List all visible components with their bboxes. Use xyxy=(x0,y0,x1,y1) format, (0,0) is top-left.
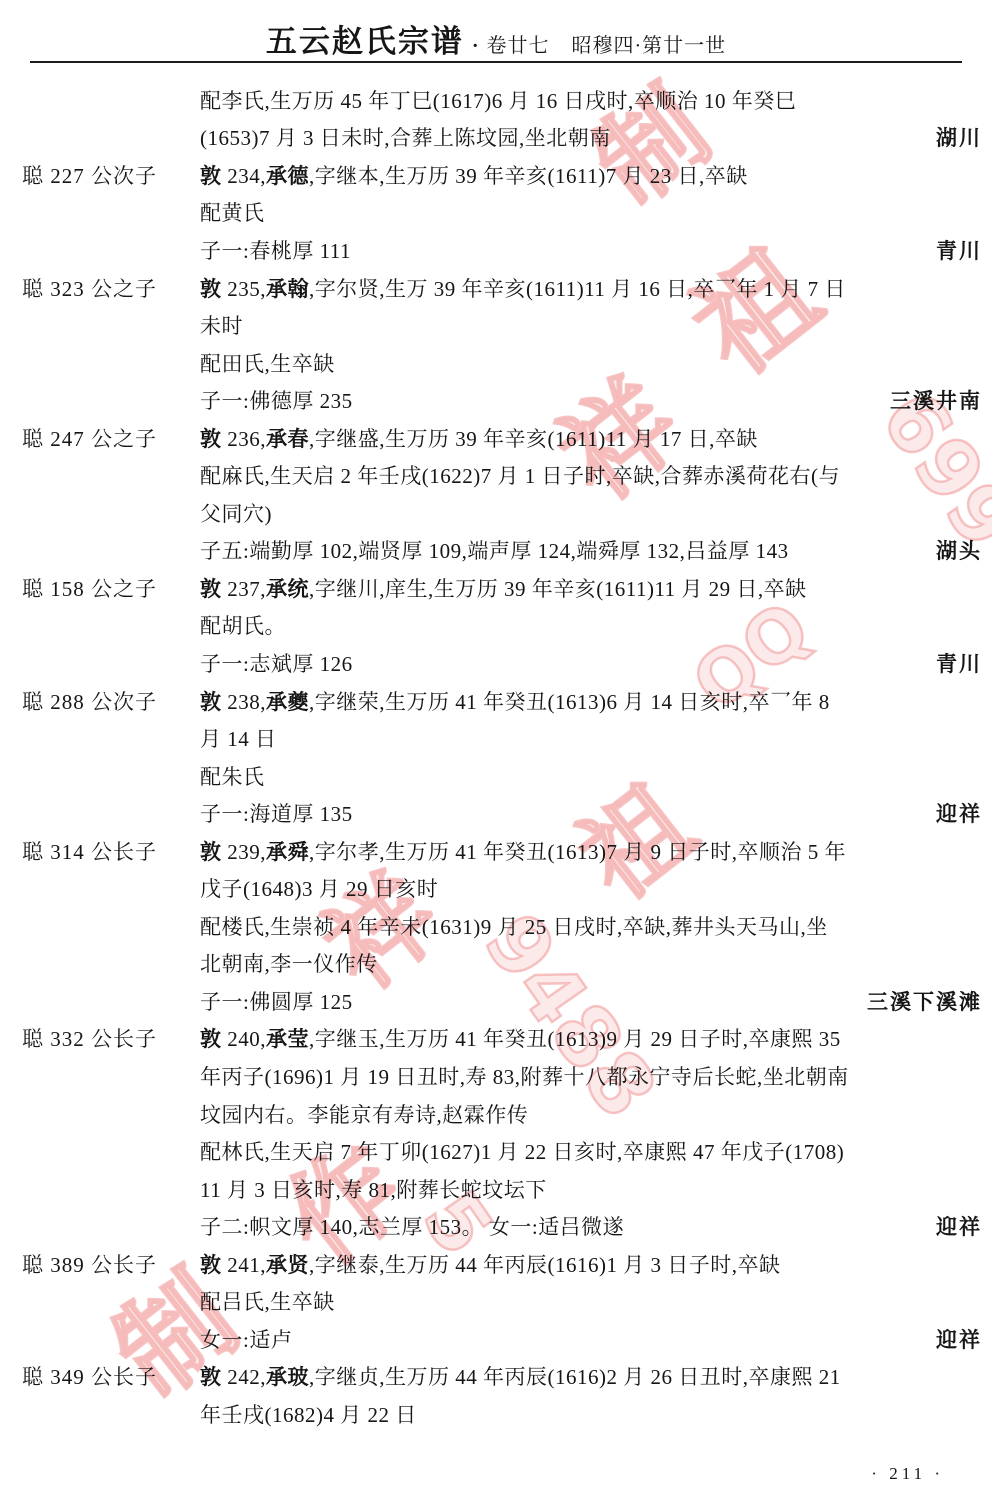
line-content: 女一:适卢 xyxy=(200,1324,936,1354)
line-content: 年壬戌(1682)4 月 22 日 xyxy=(200,1399,982,1429)
genealogy-line: 戊子(1648)3 月 29 日亥时 xyxy=(0,869,992,907)
entry-text: 配朱氏 xyxy=(200,765,265,789)
genealogy-line: 聪 288 公次子 敦 238,承夔,字继荣,生万历 41 年癸丑(1613)6… xyxy=(0,682,992,720)
entry-text: 11 月 3 日亥时,寿 81,附葬长蛇坟坛下 xyxy=(200,1178,547,1202)
genealogy-line: 配朱氏 xyxy=(0,757,992,795)
line-content: 配田氏,生卒缺 xyxy=(200,348,982,378)
genealogy-line: 配林氏,生天启 7 年丁卯(1627)1 月 22 日亥时,卒康熙 47 年戊子… xyxy=(0,1132,992,1170)
entry-text: 配林氏,生天启 7 年丁卯(1627)1 月 22 日亥时,卒康熙 47 年戊子… xyxy=(200,1140,844,1164)
entry-text: 子二:帜文厚 140,志兰厚 153。 女一:适吕微遂 xyxy=(200,1215,624,1239)
entry-text: 配麻氏,生天启 2 年壬戌(1622)7 月 1 日子时,卒缺,合葬赤溪荷花右(… xyxy=(200,464,840,488)
entry-text: 子一:海道厚 135 xyxy=(200,802,353,826)
line-content: 子一:佛圆厚 125 xyxy=(200,986,867,1016)
entry-number: 240, xyxy=(222,1027,267,1051)
entry-prefix: 敦 xyxy=(200,840,222,864)
genealogy-line: 聪 227 公次子 敦 234,承德,字继本,生万历 39 年辛亥(1611)7… xyxy=(0,156,992,194)
genealogy-line: 女一:适卢 迎祥 xyxy=(0,1320,992,1358)
line-content: 配吕氏,生卒缺 xyxy=(200,1286,982,1316)
genealogy-line: 子一:佛圆厚 125 三溪下溪滩 xyxy=(0,982,992,1020)
entry-text: ,字尔贤,生万 39 年辛亥(1611)11 月 16 日,卒乛年 1 月 7 … xyxy=(309,277,846,301)
line-content: 子一:志斌厚 126 xyxy=(200,648,936,678)
entry-text: ,字继荣,生万历 41 年癸丑(1613)6 月 14 日亥时,卒乛年 8 xyxy=(309,690,830,714)
genealogy-line: 聪 389 公长子 敦 241,承贤,字继泰,生万历 44 年丙辰(1616)1… xyxy=(0,1245,992,1283)
genealogy-entries: 配李氏,生万历 45 年丁巳(1617)6 月 16 日戌时,卒顺治 10 年癸… xyxy=(0,81,992,1433)
section-label: 昭穆四·第廿一世 xyxy=(572,35,727,57)
entry-text: 子一:志斌厚 126 xyxy=(200,652,353,676)
entry-text: 戊子(1648)3 月 29 日亥时 xyxy=(200,877,438,901)
entry-name: 承贤 xyxy=(266,1253,309,1277)
genealogy-line: 子一:春桃厚 111 青川 xyxy=(0,231,992,269)
entry-number: 236, xyxy=(222,427,267,451)
entry-number: 242, xyxy=(222,1365,267,1389)
line-content: (1653)7 月 3 日未时,合葬上陈坟园,坐北朝南 xyxy=(200,122,936,152)
entry-text: 年丙子(1696)1 月 19 日丑时,寿 83,附葬十八都永宁寺后长蛇,坐北朝… xyxy=(200,1065,849,1089)
genealogy-line: 北朝南,李一仪作传 xyxy=(0,945,992,983)
entry-name: 承翰 xyxy=(266,277,309,301)
line-content: 年丙子(1696)1 月 19 日丑时,寿 83,附葬十八都永宁寺后长蛇,坐北朝… xyxy=(200,1061,982,1091)
genealogy-line: 子一:佛德厚 235 三溪井南 xyxy=(0,381,992,419)
generation-label: 聪 349 公长子 xyxy=(0,1361,200,1391)
entry-text: ,字继盛,生万历 39 年辛亥(1611)11 月 17 日,卒缺 xyxy=(309,427,758,451)
line-content: 月 14 日 xyxy=(200,723,982,753)
line-content: 敦 241,承贤,字继泰,生万历 44 年丙辰(1616)1 月 3 日子时,卒… xyxy=(200,1249,982,1279)
line-content: 敦 234,承德,字继本,生万历 39 年辛亥(1611)7 月 23 日,卒缺 xyxy=(200,160,982,190)
genealogy-line: 聪 314 公长子 敦 239,承舜,字尔孝,生万历 41 年癸丑(1613)7… xyxy=(0,832,992,870)
generation-label: 聪 332 公长子 xyxy=(0,1023,200,1053)
genealogy-line: 父同穴) xyxy=(0,494,992,532)
line-content: 敦 239,承舜,字尔孝,生万历 41 年癸丑(1613)7 月 9 日子时,卒… xyxy=(200,836,982,866)
line-content: 未时 xyxy=(200,310,982,340)
line-content: 坟园内右。李能京有寿诗,赵霖作传 xyxy=(200,1099,982,1129)
genealogy-line: 子五:端勤厚 102,端贤厚 109,端声厚 124,端舜厚 132,吕益厚 1… xyxy=(0,532,992,570)
entry-text: (1653)7 月 3 日未时,合葬上陈坟园,坐北朝南 xyxy=(200,126,611,150)
genealogy-line: 聪 323 公之子 敦 235,承翰,字尔贤,生万 39 年辛亥(1611)11… xyxy=(0,269,992,307)
page-number: · 211 · xyxy=(871,1464,944,1484)
line-content: 子五:端勤厚 102,端贤厚 109,端声厚 124,端舜厚 132,吕益厚 1… xyxy=(200,535,936,565)
entry-prefix: 敦 xyxy=(200,577,222,601)
entry-text: 配楼氏,生崇祯 4 年辛未(1631)9 月 25 日戌时,卒缺,葬井头天马山,… xyxy=(200,915,828,939)
entry-text: 年壬戌(1682)4 月 22 日 xyxy=(200,1403,417,1427)
entry-prefix: 敦 xyxy=(200,427,222,451)
genealogy-line: 11 月 3 日亥时,寿 81,附葬长蛇坟坛下 xyxy=(0,1170,992,1208)
line-content: 敦 242,承玻,字继贞,生万历 44 年丙辰(1616)2 月 26 日丑时,… xyxy=(200,1361,982,1391)
place-name: 湖头 xyxy=(936,535,992,565)
entry-text: 配李氏,生万历 45 年丁巳(1617)6 月 16 日戌时,卒顺治 10 年癸… xyxy=(200,89,796,113)
entry-text: 配吕氏,生卒缺 xyxy=(200,1290,335,1314)
genealogy-line: 坟园内右。李能京有寿诗,赵霖作传 xyxy=(0,1095,992,1133)
entry-text: 女一:适卢 xyxy=(200,1328,292,1352)
genealogy-line: 子一:志斌厚 126 青川 xyxy=(0,644,992,682)
genealogy-line: (1653)7 月 3 日未时,合葬上陈坟园,坐北朝南 湖川 xyxy=(0,119,992,157)
line-content: 子二:帜文厚 140,志兰厚 153。 女一:适吕微遂 xyxy=(200,1211,936,1241)
genealogy-line: 未时 xyxy=(0,306,992,344)
entry-text: 坟园内右。李能京有寿诗,赵霖作传 xyxy=(200,1103,528,1127)
line-content: 配麻氏,生天启 2 年壬戌(1622)7 月 1 日子时,卒缺,合葬赤溪荷花右(… xyxy=(200,460,982,490)
generation-label: 聪 389 公长子 xyxy=(0,1249,200,1279)
line-content: 配楼氏,生崇祯 4 年辛未(1631)9 月 25 日戌时,卒缺,葬井头天马山,… xyxy=(200,911,982,941)
line-content: 配胡氏。 xyxy=(200,610,982,640)
genealogy-line: 聪 349 公长子 敦 242,承玻,字继贞,生万历 44 年丙辰(1616)2… xyxy=(0,1358,992,1396)
line-content: 敦 236,承春,字继盛,生万历 39 年辛亥(1611)11 月 17 日,卒… xyxy=(200,423,982,453)
page-header: 五云赵氏宗谱·卷廿七昭穆四·第廿一世 xyxy=(0,16,992,61)
place-name: 三溪井南 xyxy=(890,385,992,415)
genealogy-line: 年壬戌(1682)4 月 22 日 xyxy=(0,1395,992,1433)
entry-number: 238, xyxy=(222,690,267,714)
book-title: 五云赵氏宗谱 xyxy=(266,24,464,59)
entry-text: ,字继泰,生万历 44 年丙辰(1616)1 月 3 日子时,卒缺 xyxy=(309,1253,781,1277)
entry-name: 承统 xyxy=(266,577,309,601)
entry-text: 北朝南,李一仪作传 xyxy=(200,952,378,976)
genealogy-line: 配楼氏,生崇祯 4 年辛未(1631)9 月 25 日戌时,卒缺,葬井头天马山,… xyxy=(0,907,992,945)
entry-name: 承莹 xyxy=(266,1027,309,1051)
volume-label: 卷廿七 xyxy=(487,35,550,57)
line-content: 子一:佛德厚 235 xyxy=(200,385,890,415)
generation-label: 聪 288 公次子 xyxy=(0,686,200,716)
entry-text: 父同穴) xyxy=(200,502,272,526)
entry-number: 234, xyxy=(222,164,267,188)
entry-prefix: 敦 xyxy=(200,1253,222,1277)
entry-text: 子一:佛圆厚 125 xyxy=(200,990,353,1014)
entry-text: 子五:端勤厚 102,端贤厚 109,端声厚 124,端舜厚 132,吕益厚 1… xyxy=(200,539,789,563)
entry-prefix: 敦 xyxy=(200,1365,222,1389)
place-name: 湖川 xyxy=(936,122,992,152)
header-rule xyxy=(30,61,962,63)
line-content: 敦 238,承夔,字继荣,生万历 41 年癸丑(1613)6 月 14 日亥时,… xyxy=(200,686,982,716)
entry-text: 月 14 日 xyxy=(200,727,277,751)
genealogy-line: 年丙子(1696)1 月 19 日丑时,寿 83,附葬十八都永宁寺后长蛇,坐北朝… xyxy=(0,1057,992,1095)
line-content: 配林氏,生天启 7 年丁卯(1627)1 月 22 日亥时,卒康熙 47 年戊子… xyxy=(200,1136,982,1166)
line-content: 子一:海道厚 135 xyxy=(200,798,936,828)
entry-text: ,字尔孝,生万历 41 年癸丑(1613)7 月 9 日子时,卒顺治 5 年 xyxy=(309,840,846,864)
entry-text: 配田氏,生卒缺 xyxy=(200,352,335,376)
place-name: 迎祥 xyxy=(936,1211,992,1241)
line-content: 11 月 3 日亥时,寿 81,附葬长蛇坟坛下 xyxy=(200,1174,982,1204)
entry-number: 237, xyxy=(222,577,267,601)
genealogy-line: 配田氏,生卒缺 xyxy=(0,344,992,382)
genealogy-line: 聪 247 公之子 敦 236,承春,字继盛,生万历 39 年辛亥(1611)1… xyxy=(0,419,992,457)
entry-prefix: 敦 xyxy=(200,690,222,714)
entry-text: ,字继贞,生万历 44 年丙辰(1616)2 月 26 日丑时,卒康熙 21 xyxy=(309,1365,841,1389)
place-name: 三溪下溪滩 xyxy=(867,986,992,1016)
genealogy-line: 配吕氏,生卒缺 xyxy=(0,1283,992,1321)
entry-text: ,字继玉,生万历 41 年癸丑(1613)9 月 29 日子时,卒康熙 35 xyxy=(309,1027,841,1051)
place-name: 迎祥 xyxy=(936,798,992,828)
title-separator-dot: · xyxy=(472,35,479,57)
generation-label: 聪 323 公之子 xyxy=(0,273,200,303)
line-content: 敦 235,承翰,字尔贤,生万 39 年辛亥(1611)11 月 16 日,卒乛… xyxy=(200,273,982,303)
entry-name: 承德 xyxy=(266,164,309,188)
genealogy-line: 配李氏,生万历 45 年丁巳(1617)6 月 16 日戌时,卒顺治 10 年癸… xyxy=(0,81,992,119)
entry-text: 配胡氏。 xyxy=(200,614,286,638)
line-content: 父同穴) xyxy=(200,498,982,528)
line-content: 配李氏,生万历 45 年丁巳(1617)6 月 16 日戌时,卒顺治 10 年癸… xyxy=(200,85,982,115)
generation-label: 聪 158 公之子 xyxy=(0,573,200,603)
entry-name: 承玻 xyxy=(266,1365,309,1389)
line-content: 敦 237,承统,字继川,庠生,生万历 39 年辛亥(1611)11 月 29 … xyxy=(200,573,982,603)
place-name: 青川 xyxy=(936,648,992,678)
genealogy-line: 配胡氏。 xyxy=(0,607,992,645)
entry-prefix: 敦 xyxy=(200,277,222,301)
genealogy-page: 制祖祥699QQ祖94祥88作制5 五云赵氏宗谱·卷廿七昭穆四·第廿一世 配李氏… xyxy=(0,0,992,1512)
genealogy-line: 子一:海道厚 135 迎祥 xyxy=(0,794,992,832)
entry-text: 子一:春桃厚 111 xyxy=(200,239,351,263)
entry-number: 235, xyxy=(222,277,267,301)
generation-label: 聪 247 公之子 xyxy=(0,423,200,453)
line-content: 戊子(1648)3 月 29 日亥时 xyxy=(200,873,982,903)
place-name: 青川 xyxy=(936,235,992,265)
line-content: 配黄氏 xyxy=(200,197,982,227)
entry-name: 承春 xyxy=(266,427,309,451)
entry-text: 子一:佛德厚 235 xyxy=(200,389,353,413)
genealogy-line: 配黄氏 xyxy=(0,194,992,232)
generation-label: 聪 227 公次子 xyxy=(0,160,200,190)
entry-prefix: 敦 xyxy=(200,164,222,188)
genealogy-line: 聪 158 公之子 敦 237,承统,字继川,庠生,生万历 39 年辛亥(161… xyxy=(0,569,992,607)
genealogy-line: 聪 332 公长子 敦 240,承莹,字继玉,生万历 41 年癸丑(1613)9… xyxy=(0,1020,992,1058)
genealogy-line: 子二:帜文厚 140,志兰厚 153。 女一:适吕微遂 迎祥 xyxy=(0,1207,992,1245)
line-content: 北朝南,李一仪作传 xyxy=(200,948,982,978)
entry-text: 未时 xyxy=(200,314,243,338)
genealogy-line: 月 14 日 xyxy=(0,719,992,757)
entry-name: 承夔 xyxy=(266,690,309,714)
line-content: 敦 240,承莹,字继玉,生万历 41 年癸丑(1613)9 月 29 日子时,… xyxy=(200,1023,982,1053)
place-name: 迎祥 xyxy=(936,1324,992,1354)
entry-text: ,字继本,生万历 39 年辛亥(1611)7 月 23 日,卒缺 xyxy=(309,164,748,188)
generation-label: 聪 314 公长子 xyxy=(0,836,200,866)
line-content: 子一:春桃厚 111 xyxy=(200,235,936,265)
entry-prefix: 敦 xyxy=(200,1027,222,1051)
genealogy-line: 配麻氏,生天启 2 年壬戌(1622)7 月 1 日子时,卒缺,合葬赤溪荷花右(… xyxy=(0,456,992,494)
entry-text: 配黄氏 xyxy=(200,201,265,225)
line-content: 配朱氏 xyxy=(200,761,982,791)
entry-number: 239, xyxy=(222,840,267,864)
entry-text: ,字继川,庠生,生万历 39 年辛亥(1611)11 月 29 日,卒缺 xyxy=(309,577,807,601)
entry-number: 241, xyxy=(222,1253,267,1277)
entry-name: 承舜 xyxy=(266,840,309,864)
